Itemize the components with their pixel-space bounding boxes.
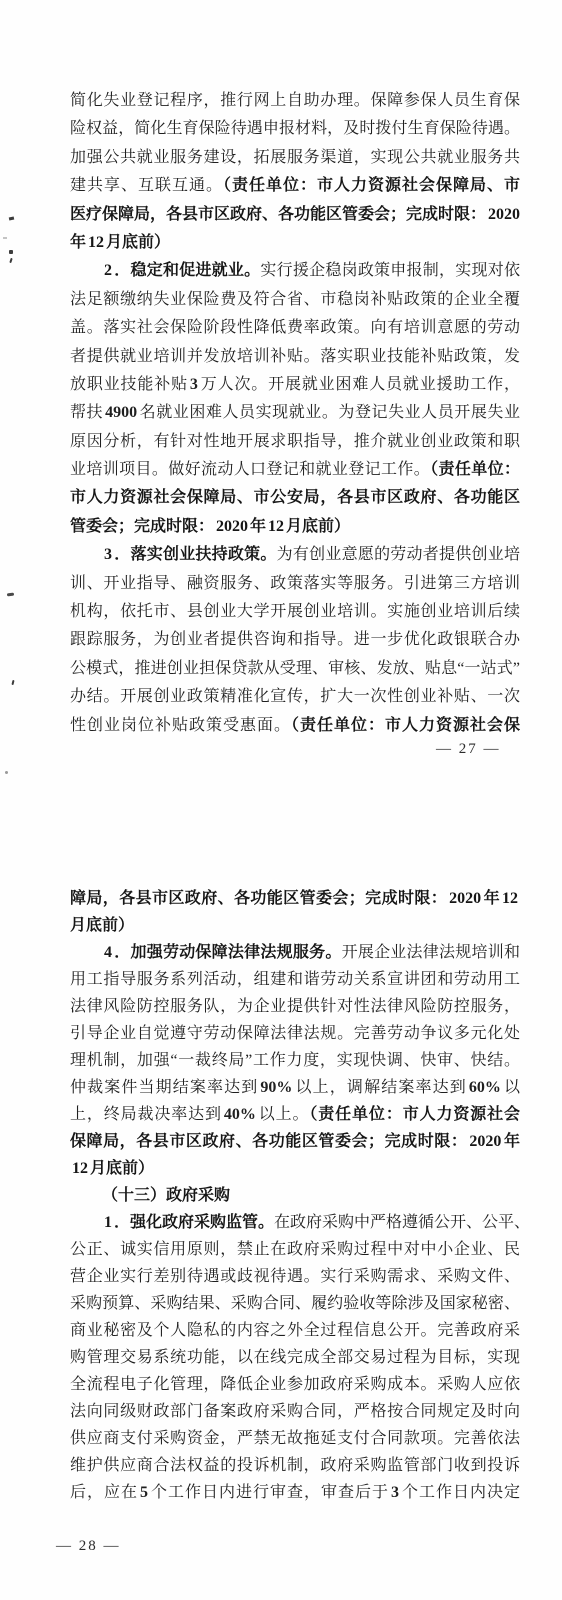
scan-artifact: [9, 250, 13, 254]
text-line: 性创业岗位补贴政策受惠面。（责任单位：市人力资源社会保: [70, 712, 520, 740]
body-text-segment: 为有创业意愿的劳动者提供创业培: [277, 546, 520, 563]
body-text-segment: 放职业技能补贴3万人次。开展就业困难人员就业援助工作，: [70, 376, 520, 393]
text-line: 法向同级财政部门备案政府采购合同，严格按合同规定及时向: [70, 1398, 520, 1425]
body-text-segment: 后，应在5个工作日内进行审查，审查后于3个工作日内决定: [70, 1484, 520, 1501]
page-27-text-block: 简化失业登记程序，推行网上自助办理。保障参保人员生育保险权益，简化生育保险待遇申…: [70, 87, 520, 740]
bold-text-segment: （十三）政府采购: [102, 1187, 230, 1204]
numeral: 2020: [467, 1133, 503, 1150]
body-text-segment: 原因分析，有针对性地开展求职指导，推介就业创业政策和职: [70, 433, 520, 450]
numeral: 4: [102, 944, 114, 961]
body-text-segment: 法向同级财政部门备案政府采购合同，严格按合同规定及时向: [70, 1403, 520, 1420]
text-line: 1．强化政府采购监管。在政府采购中严格遵循公开、公平、: [70, 1209, 520, 1236]
text-line: 保障局，各县市区政府、各功能区管委会；完成时限：2020年: [70, 1128, 520, 1155]
page-28-text-block: 障局，各县市区政府、各功能区管委会；完成时限：2020年12月底前）4．加强劳动…: [70, 885, 520, 1506]
scan-artifact: [11, 680, 14, 685]
text-line: （十三）政府采购: [70, 1182, 520, 1209]
numeral: 3: [389, 1484, 401, 1501]
scan-artifact: [9, 258, 12, 263]
body-text-segment: 者提供就业培训并发放培训补贴。落实职业技能补贴政策，发: [70, 348, 520, 365]
body-text-segment: 用工指导服务系列活动，组建和谐劳动关系宣讲团和劳动用工: [70, 971, 520, 988]
text-line: 仲裁案件当期结案率达到90%以上，调解结案率达到60%以: [70, 1074, 520, 1101]
text-line: 上，终局裁决率达到40%以上。（责任单位：市人力资源社会: [70, 1101, 520, 1128]
body-text-segment: 办结。开展创业政策精准化宣传，扩大一次性创业补贴、一次: [70, 688, 520, 705]
page-number: — 27 —: [436, 741, 501, 758]
text-line: 购管理交易系统功能，以在线完成全部交易过程为目标，实现: [70, 1344, 520, 1371]
numeral: 3: [102, 546, 114, 563]
body-text-segment: 在政府采购中严格遵循公开、公平、: [274, 1214, 520, 1231]
text-line: 用工指导服务系列活动，组建和谐劳动关系宣讲团和劳动用工: [70, 966, 520, 993]
bold-text-segment: （责任单位：: [430, 461, 520, 478]
body-text-segment: 商业秘密及个人隐私的内容之外全过程信息公开。完善政府采: [70, 1322, 520, 1339]
numeral: 3: [188, 376, 200, 393]
text-line: 后，应在5个工作日内进行审查，审查后于3个工作日内决定: [70, 1479, 520, 1506]
text-line: 采购预算、采购结果、采购合同、履约验收等除涉及国家秘密、: [70, 1290, 520, 1317]
body-text-segment: 实行援企稳岗政策申报制，实现对依: [260, 262, 520, 279]
body-text-segment: 供应商支付采购资金，严禁无故拖延支付合同款项。完善依法: [70, 1430, 520, 1447]
text-line: 险权益，简化生育保险待遇申报材料，及时拨付生育保险待遇。: [70, 115, 520, 143]
bold-text-segment: 保障局，各县市区政府、各功能区管委会；完成时限：2020年: [70, 1133, 520, 1150]
body-text-segment: 简化失业登记程序，推行网上自助办理。保障参保人员生育保: [70, 92, 520, 109]
numeral: 1: [102, 1214, 114, 1231]
body-text-segment: 建共享、互联互通。: [70, 177, 223, 194]
text-line: 放职业技能补贴3万人次。开展就业困难人员就业援助工作，: [70, 371, 520, 399]
text-line: 加强公共就业服务建设，拓展服务渠道，实现公共就业服务共: [70, 144, 520, 172]
numeral: 4900: [103, 404, 139, 421]
scan-artifact: [7, 593, 14, 597]
body-text-segment: 帮扶4900名就业困难人员实现就业。为登记失业人员开展失业: [70, 404, 520, 421]
numeral: 90%: [258, 1079, 294, 1096]
text-line: 障局，各县市区政府、各功能区管委会；完成时限：2020年12: [70, 885, 520, 912]
numeral: 40%: [222, 1106, 258, 1123]
body-text-segment: 引导企业自觉遵守劳动保障法律法规。完善劳动争议多元化处: [70, 1025, 520, 1042]
body-text-segment: 维护供应商合法权益的投诉机制，政府采购监管部门收到投诉: [70, 1457, 520, 1474]
text-line: 月底前）: [70, 912, 520, 939]
body-text-segment: 仲裁案件当期结案率达到90%以上，调解结案率达到60%以: [70, 1079, 520, 1096]
text-line: 3．落实创业扶持政策。为有创业意愿的劳动者提供创业培: [70, 541, 520, 569]
scan-artifact: [3, 237, 7, 239]
bold-text-segment: 年12月底前）: [70, 234, 170, 251]
text-line: 全流程电子化管理，降低企业参加政府采购成本。采购人应依: [70, 1371, 520, 1398]
numeral: 12: [266, 518, 286, 535]
bold-text-segment: 管委会；完成时限：2020年12月底前）: [70, 518, 350, 535]
bold-text-segment: 1．强化政府采购监管。: [102, 1214, 274, 1231]
text-line: 年12月底前）: [70, 229, 520, 257]
text-line: 建共享、互联互通。（责任单位：市人力资源社会保障局、市: [70, 172, 520, 200]
bold-text-segment: 3．落实创业扶持政策。: [102, 546, 277, 563]
text-line: 引导企业自觉遵守劳动保障法律法规。完善劳动争议多元化处: [70, 1020, 520, 1047]
text-line: 12月底前）: [70, 1155, 520, 1182]
numeral: 12: [86, 234, 106, 251]
text-line: 业培训项目。做好流动人口登记和就业登记工作。（责任单位：: [70, 456, 520, 484]
body-text-segment: 公正、诚实信用原则，禁止在政府采购过程中对中小企业、民: [70, 1241, 520, 1258]
scan-artifact: [9, 217, 15, 221]
text-line: 原因分析，有针对性地开展求职指导，推介就业创业政策和职: [70, 428, 520, 456]
text-line: 商业秘密及个人隐私的内容之外全过程信息公开。完善政府采: [70, 1317, 520, 1344]
numeral: 12: [70, 1160, 90, 1177]
bold-text-segment: （责任单位：市人力资源社会保: [291, 717, 520, 734]
body-text-segment: 营企业实行差别待遇或歧视待遇。实行采购需求、采购文件、: [70, 1268, 520, 1285]
body-text-segment: 加强公共就业服务建设，拓展服务渠道，实现公共就业服务共: [70, 149, 520, 166]
body-text-segment: 训、开业指导、融资服务、政策落实等服务。引进第三方培训: [70, 575, 520, 592]
body-text-segment: 上，终局裁决率达到40%以上。: [70, 1106, 309, 1123]
bold-text-segment: 2．稳定和促进就业。: [102, 262, 260, 279]
bold-text-segment: 障局，各县市区政府、各功能区管委会；完成时限：2020年12: [70, 890, 520, 907]
numeral: 2020: [486, 206, 520, 223]
body-text-segment: 法律风险防控服务队，为企业提供针对性法律风险防控服务，: [70, 998, 520, 1015]
bold-text-segment: 12月底前）: [70, 1160, 154, 1177]
text-line: 供应商支付采购资金，严禁无故拖延支付合同款项。完善依法: [70, 1425, 520, 1452]
body-text-segment: 跟踪服务，为创业者提供咨询和指导。进一步优化政银联合办: [70, 631, 520, 648]
body-text-segment: 法足额缴纳失业保险费及符合省、市稳岗补贴政策的企业全覆: [70, 291, 520, 308]
numeral: 12: [500, 890, 520, 907]
text-line: 4．加强劳动保障法律法规服务。开展企业法律法规培训和: [70, 939, 520, 966]
bold-text-segment: （责任单位：市人力资源社会保障局、市: [223, 177, 520, 194]
text-line: 2．稳定和促进就业。实行援企稳岗政策申报制，实现对依: [70, 257, 520, 285]
bold-text-segment: 医疗保障局，各县市区政府、各功能区管委会；完成时限：2020: [70, 206, 520, 223]
text-line: 法足额缴纳失业保险费及符合省、市稳岗补贴政策的企业全覆: [70, 286, 520, 314]
body-text-segment: 机构，依托市、县创业大学开展创业培训。实施创业培训后续: [70, 603, 520, 620]
body-text-segment: 业培训项目。做好流动人口登记和就业登记工作。: [70, 461, 430, 478]
page-number: — 28 —: [56, 1538, 121, 1555]
text-line: 简化失业登记程序，推行网上自助办理。保障参保人员生育保: [70, 87, 520, 115]
bold-text-segment: 4．加强劳动保障法律法规服务。: [102, 944, 342, 961]
body-text-segment: 理机制，加强“一裁终局”工作力度，实现快调、快审、快结。: [70, 1052, 520, 1069]
text-line: 训、开业指导、融资服务、政策落实等服务。引进第三方培训: [70, 570, 520, 598]
numeral: 2020: [447, 890, 483, 907]
text-line: 市人力资源社会保障局、市公安局，各县市区政府、各功能区: [70, 484, 520, 512]
text-line: 盖。落实社会保险阶段性降低费率政策。向有培训意愿的劳动: [70, 314, 520, 342]
numeral: 60%: [467, 1079, 503, 1096]
text-line: 管委会；完成时限：2020年12月底前）: [70, 513, 520, 541]
numeral: 2020: [214, 518, 250, 535]
body-text-segment: 采购预算、采购结果、采购合同、履约验收等除涉及国家秘密、: [70, 1295, 520, 1312]
numeral: 2: [102, 262, 114, 279]
bold-text-segment: 月底前）: [70, 917, 134, 934]
text-line: 营企业实行差别待遇或歧视待遇。实行采购需求、采购文件、: [70, 1263, 520, 1290]
bold-text-segment: （责任单位：市人力资源社会: [309, 1106, 520, 1123]
text-line: 帮扶4900名就业困难人员实现就业。为登记失业人员开展失业: [70, 399, 520, 427]
text-line: 公正、诚实信用原则，禁止在政府采购过程中对中小企业、民: [70, 1236, 520, 1263]
text-line: 者提供就业培训并发放培训补贴。落实职业技能补贴政策，发: [70, 343, 520, 371]
body-text-segment: 购管理交易系统功能，以在线完成全部交易过程为目标，实现: [70, 1349, 520, 1366]
bold-text-segment: 市人力资源社会保障局、市公安局，各县市区政府、各功能区: [70, 489, 520, 506]
body-text-segment: 性创业岗位补贴政策受惠面。: [70, 717, 291, 734]
text-line: 公模式，推进创业担保贷款从受理、审核、发放、贴息“一站式”: [70, 655, 520, 683]
text-line: 维护供应商合法权益的投诉机制，政府采购监管部门收到投诉: [70, 1452, 520, 1479]
text-line: 办结。开展创业政策精准化宣传，扩大一次性创业补贴、一次: [70, 683, 520, 711]
text-line: 医疗保障局，各县市区政府、各功能区管委会；完成时限：2020: [70, 201, 520, 229]
scan-artifact: [5, 771, 8, 774]
text-line: 机构，依托市、县创业大学开展创业培训。实施创业培训后续: [70, 598, 520, 626]
text-line: 跟踪服务，为创业者提供咨询和指导。进一步优化政银联合办: [70, 626, 520, 654]
text-line: 理机制，加强“一裁终局”工作力度，实现快调、快审、快结。: [70, 1047, 520, 1074]
body-text-segment: 全流程电子化管理，降低企业参加政府采购成本。采购人应依: [70, 1376, 520, 1393]
numeral: 5: [138, 1484, 150, 1501]
body-text-segment: 险权益，简化生育保险待遇申报材料，及时拨付生育保险待遇。: [70, 120, 520, 137]
body-text-segment: 开展企业法律法规培训和: [342, 944, 520, 961]
body-text-segment: 盖。落实社会保险阶段性降低费率政策。向有培训意愿的劳动: [70, 319, 520, 336]
body-text-segment: 公模式，推进创业担保贷款从受理、审核、发放、贴息“一站式”: [70, 660, 520, 677]
text-line: 法律风险防控服务队，为企业提供针对性法律风险防控服务，: [70, 993, 520, 1020]
